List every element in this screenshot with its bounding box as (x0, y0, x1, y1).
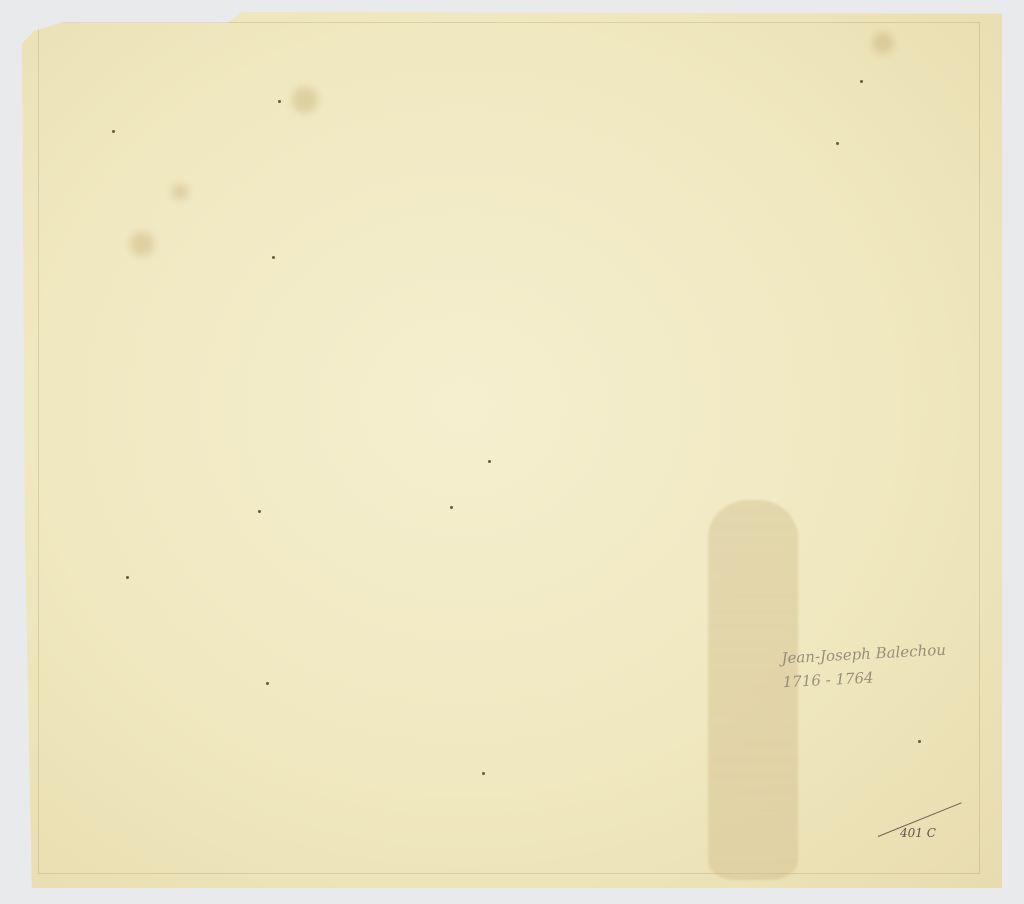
foxing-spot (172, 184, 188, 200)
speck (860, 80, 863, 83)
speck (266, 682, 269, 685)
speck (278, 100, 281, 103)
plate-border (38, 22, 980, 874)
corner-mark: 401 C (900, 826, 936, 840)
speck (126, 576, 129, 579)
speck (272, 256, 275, 259)
paper-sheet (22, 12, 1002, 888)
speck (488, 460, 491, 463)
speck (836, 142, 839, 145)
foxing-spot (872, 32, 894, 54)
foxing-spot (292, 87, 318, 113)
foxing-spot (130, 232, 154, 256)
speck (450, 506, 453, 509)
speck (918, 740, 921, 743)
speck (112, 130, 115, 133)
speck (482, 772, 485, 775)
handwritten-inscription: Jean-Joseph Balechou 1716 - 1764 (781, 638, 948, 695)
speck (258, 510, 261, 513)
